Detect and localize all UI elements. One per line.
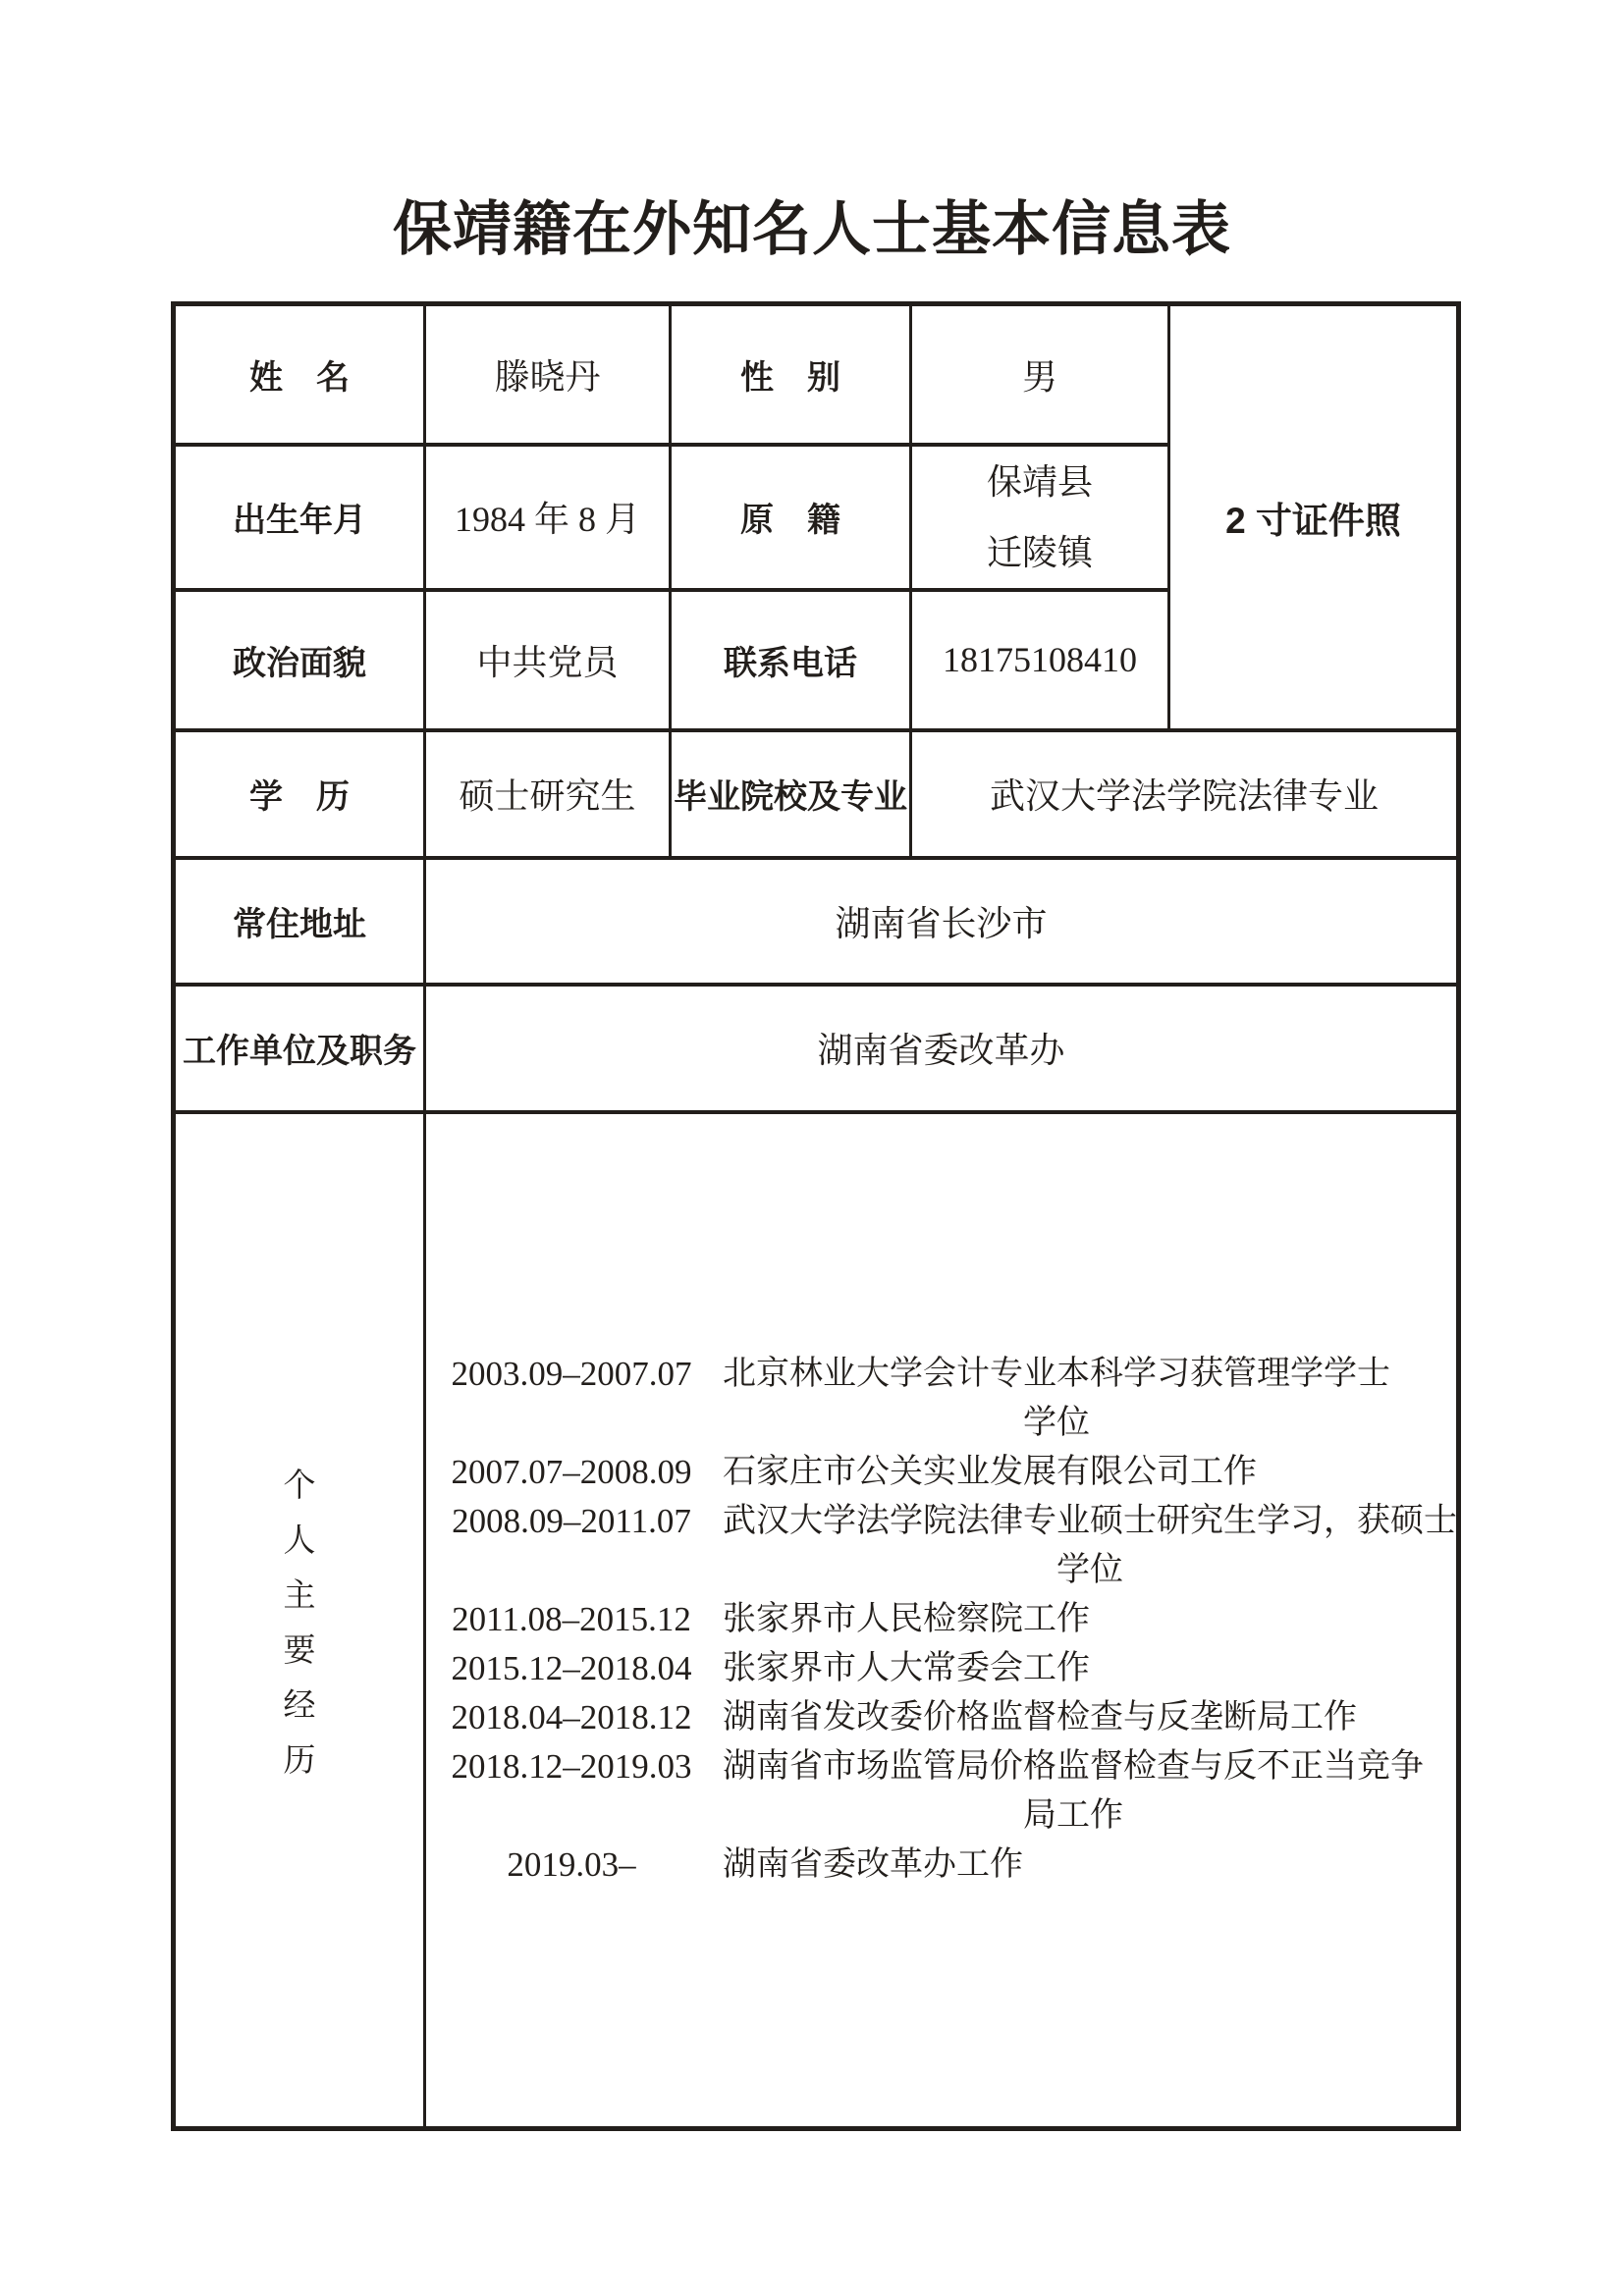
history-label-char: 历	[284, 1730, 316, 1785]
history-label-char: 要	[284, 1620, 316, 1675]
education-label: 学 历	[174, 730, 425, 858]
history-description: 武汉大学法学院法律专业硕士研究生学习，获硕士学位	[695, 1497, 1457, 1595]
history-description-line: 学位	[723, 1546, 1457, 1595]
row-history: 个人主要经历 2003.09–2007.07北京林业大学会计专业本科学习获管理学…	[174, 1112, 1459, 2129]
political-label: 政治面貌	[174, 590, 425, 730]
history-period: 2019.03–	[448, 1841, 695, 1890]
history-description-line: 北京林业大学会计专业本科学习获管理学学士	[723, 1350, 1390, 1399]
history-entry: 2018.04–2018.12湖南省发改委价格监督检查与反垄断局工作	[448, 1693, 1438, 1742]
history-period: 2018.12–2019.03	[448, 1742, 695, 1791]
history-description: 湖南省委改革办工作	[695, 1841, 1023, 1890]
history-description: 张家界市人大常委会工作	[695, 1644, 1090, 1693]
history-description-line: 学位	[723, 1399, 1390, 1448]
address-label: 常住地址	[174, 858, 425, 985]
address-value: 湖南省长沙市	[425, 858, 1459, 985]
history-label-vertical: 个人主要经历	[176, 1455, 423, 1785]
history-description-line: 湖南省委改革办工作	[723, 1841, 1023, 1890]
history-description-line: 张家界市人大常委会工作	[723, 1644, 1090, 1693]
info-table: 姓 名 滕晓丹 性 别 男 2 寸证件照 出生年月 1984 年 8 月 原 籍…	[171, 301, 1461, 2131]
gender-value: 男	[911, 304, 1169, 445]
school-value: 武汉大学法学院法律专业	[911, 730, 1459, 858]
history-entry: 2015.12–2018.04张家界市人大常委会工作	[448, 1644, 1438, 1693]
origin-value-line1: 保靖县	[912, 447, 1167, 517]
history-entries: 2003.09–2007.07北京林业大学会计专业本科学习获管理学学士学位200…	[426, 1350, 1456, 1890]
document-sheet: 保靖籍在外知名人士基本信息表 姓 名 滕晓丹 性 别 男 2 寸证件照 出生年月…	[0, 0, 1624, 2296]
history-description-line: 湖南省发改委价格监督检查与反垄断局工作	[723, 1693, 1357, 1742]
history-entry: 2008.09–2011.07武汉大学法学院法律专业硕士研究生学习，获硕士学位	[448, 1497, 1438, 1595]
phone-value: 18175108410	[911, 590, 1169, 730]
history-period: 2008.09–2011.07	[448, 1497, 695, 1546]
history-description-line: 湖南省市场监管局价格监督检查与反不正当竞争	[723, 1742, 1424, 1791]
history-label-char: 经	[284, 1675, 316, 1730]
education-value: 硕士研究生	[425, 730, 671, 858]
origin-value-line2: 迁陵镇	[912, 517, 1167, 588]
history-description-line: 张家界市人民检察院工作	[723, 1595, 1090, 1644]
history-entry: 2007.07–2008.09石家庄市公关实业发展有限公司工作	[448, 1448, 1438, 1497]
history-description: 湖南省市场监管局价格监督检查与反不正当竞争局工作	[695, 1742, 1424, 1841]
history-period: 2015.12–2018.04	[448, 1644, 695, 1693]
row-education-school: 学 历 硕士研究生 毕业院校及专业 武汉大学法学院法律专业	[174, 730, 1459, 858]
gender-label: 性 别	[671, 304, 911, 445]
row-work: 工作单位及职务 湖南省委改革办	[174, 985, 1459, 1112]
name-value: 滕晓丹	[425, 304, 671, 445]
history-content-cell: 2003.09–2007.07北京林业大学会计专业本科学习获管理学学士学位200…	[425, 1112, 1459, 2129]
history-description: 石家庄市公关实业发展有限公司工作	[695, 1448, 1257, 1497]
page-title: 保靖籍在外知名人士基本信息表	[0, 183, 1624, 267]
history-label-char: 人	[284, 1510, 316, 1565]
history-description-line: 石家庄市公关实业发展有限公司工作	[723, 1448, 1257, 1497]
work-label: 工作单位及职务	[174, 985, 425, 1112]
birth-value: 1984 年 8 月	[425, 445, 671, 590]
history-period: 2011.08–2015.12	[448, 1595, 695, 1644]
history-period: 2003.09–2007.07	[448, 1350, 695, 1399]
history-entry: 2011.08–2015.12张家界市人民检察院工作	[448, 1595, 1438, 1644]
origin-value: 保靖县 迁陵镇	[911, 445, 1169, 590]
history-description: 湖南省发改委价格监督检查与反垄断局工作	[695, 1693, 1357, 1742]
history-label-cell: 个人主要经历	[174, 1112, 425, 2129]
history-period: 2007.07–2008.09	[448, 1448, 695, 1497]
school-label: 毕业院校及专业	[671, 730, 911, 858]
history-label-char: 主	[284, 1565, 316, 1620]
phone-label: 联系电话	[671, 590, 911, 730]
history-entry: 2019.03–湖南省委改革办工作	[448, 1841, 1438, 1890]
history-description-line: 武汉大学法学院法律专业硕士研究生学习，获硕士	[723, 1497, 1457, 1546]
history-entry: 2018.12–2019.03湖南省市场监管局价格监督检查与反不正当竞争局工作	[448, 1742, 1438, 1841]
row-name-gender: 姓 名 滕晓丹 性 别 男 2 寸证件照	[174, 304, 1459, 445]
name-label: 姓 名	[174, 304, 425, 445]
history-description: 张家界市人民检察院工作	[695, 1595, 1090, 1644]
history-description-line: 局工作	[723, 1791, 1424, 1841]
work-value: 湖南省委改革办	[425, 985, 1459, 1112]
photo-placeholder: 2 寸证件照	[1169, 304, 1459, 730]
history-label-char: 个	[284, 1455, 316, 1510]
history-description: 北京林业大学会计专业本科学习获管理学学士学位	[695, 1350, 1390, 1448]
birth-label: 出生年月	[174, 445, 425, 590]
history-entry: 2003.09–2007.07北京林业大学会计专业本科学习获管理学学士学位	[448, 1350, 1438, 1448]
row-address: 常住地址 湖南省长沙市	[174, 858, 1459, 985]
political-value: 中共党员	[425, 590, 671, 730]
origin-label: 原 籍	[671, 445, 911, 590]
history-period: 2018.04–2018.12	[448, 1693, 695, 1742]
